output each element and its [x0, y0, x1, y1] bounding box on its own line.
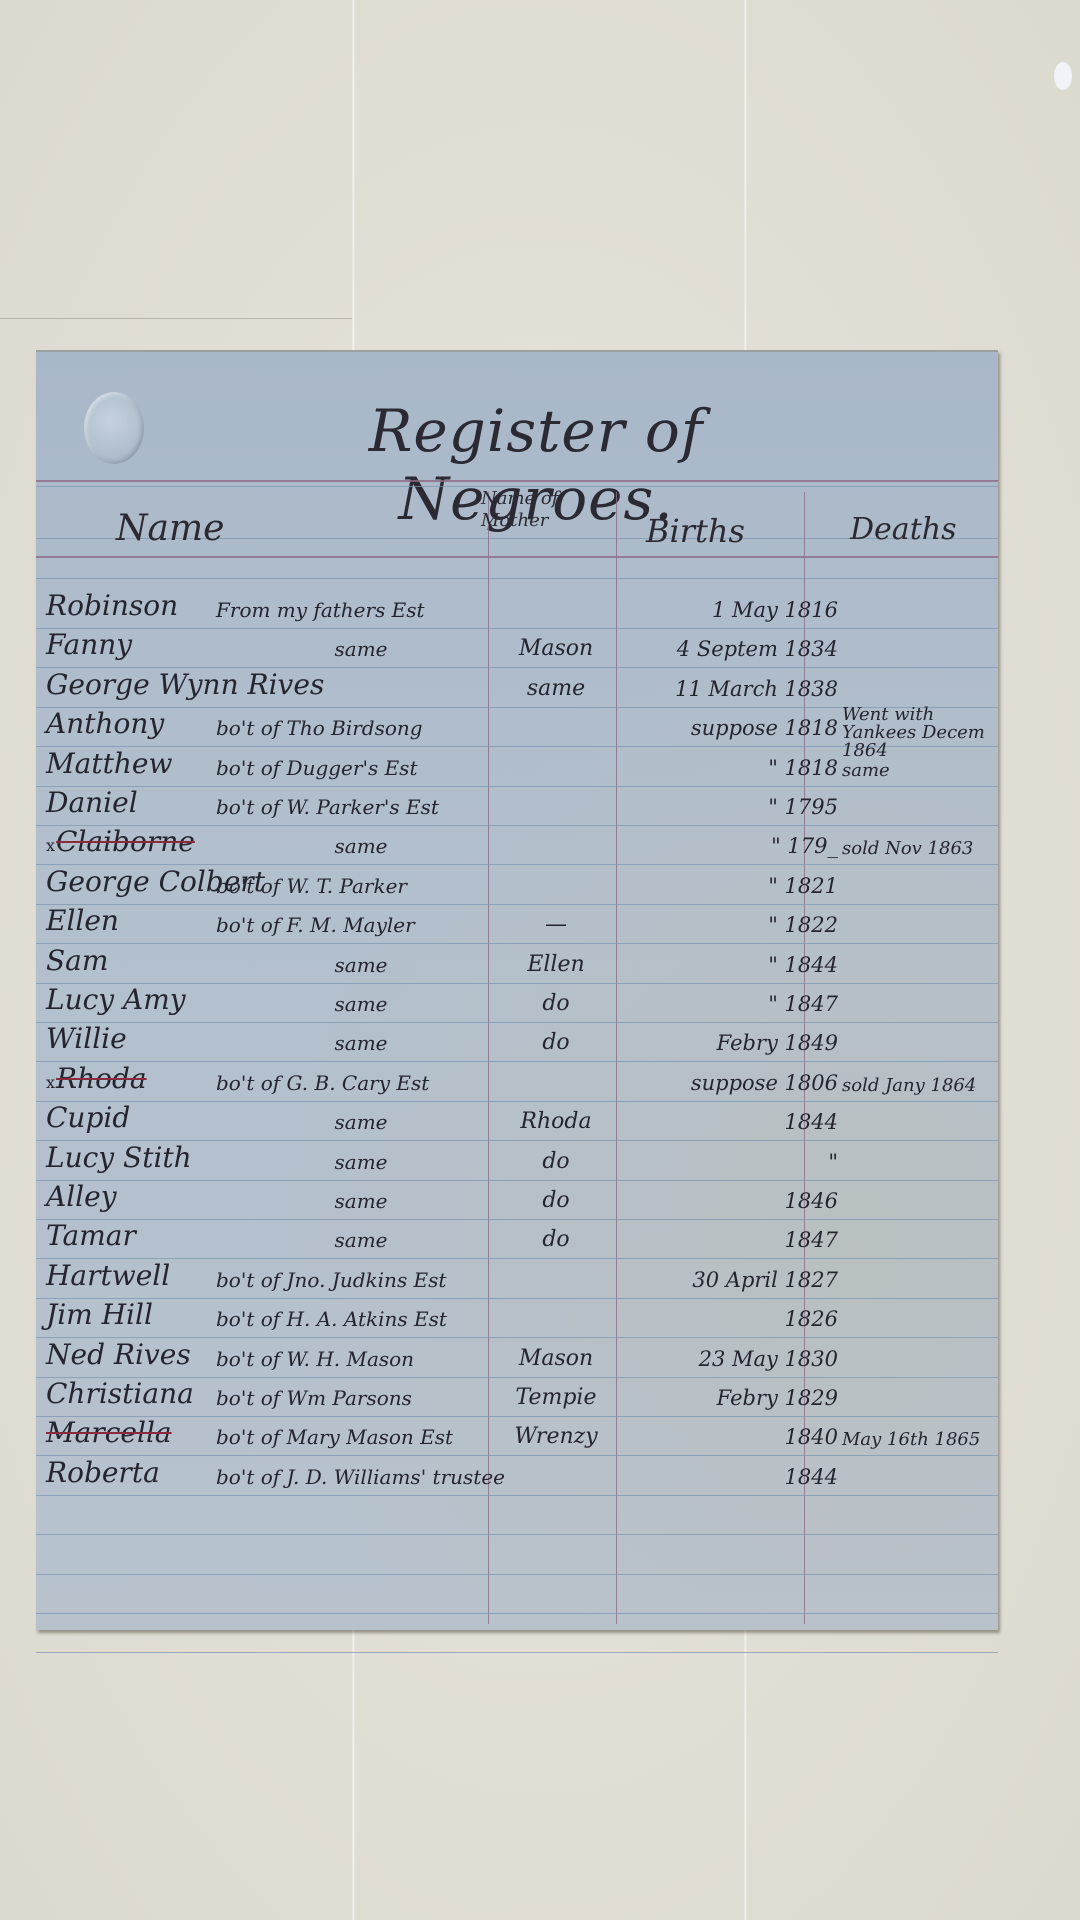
cell-birth: suppose 1818 — [616, 716, 838, 740]
cell-birth: 1844 — [616, 1110, 838, 1134]
cell-birth: 23 May 1830 — [616, 1347, 838, 1371]
cell-mother: Rhoda — [496, 1109, 616, 1134]
cell-mother: Mason — [496, 636, 616, 661]
name-text: Marcella — [46, 1416, 172, 1449]
cell-name: Jim Hill — [46, 1298, 153, 1331]
cell-birth: 1844 — [616, 1465, 838, 1489]
name-text: Daniel — [46, 786, 138, 819]
cell-death: same — [842, 762, 992, 780]
cell-name: Robinson — [46, 589, 178, 622]
cell-death: sold Jany 1864 — [842, 1077, 992, 1095]
cell-name: Marcella — [46, 1416, 172, 1449]
cell-mother: do — [496, 1030, 616, 1055]
cell-birth: 4 Septem 1834 — [616, 637, 838, 661]
cell-name: Lucy Stith — [46, 1141, 192, 1174]
cell-name: Christiana — [46, 1377, 194, 1410]
cell-birth: 1840 — [616, 1425, 838, 1449]
table-row: SamsameEllen" 1844 — [36, 943, 998, 983]
cell-acquired-from: same — [276, 1189, 446, 1213]
table-row: RobinsonFrom my fathers Est1 May 1816 — [36, 588, 998, 628]
cell-birth: " 1818 — [616, 756, 838, 780]
cell-name: Anthony — [46, 707, 164, 740]
table-row: Jim Hillbo't of H. A. Atkins Est1826 — [36, 1297, 998, 1337]
header-top-rule — [36, 480, 998, 482]
cell-birth: 1847 — [616, 1228, 838, 1252]
cell-acquired-from: bo't of Tho Birdsong — [216, 716, 506, 740]
cell-acquired-from: same — [276, 1150, 446, 1174]
name-text: Cupid — [46, 1101, 130, 1134]
header-bottom-rule — [36, 556, 998, 558]
cell-birth: Febry 1849 — [616, 1031, 838, 1055]
table-row: Ned Rivesbo't of W. H. MasonMason23 May … — [36, 1337, 998, 1377]
table-row: xRhodabo't of G. B. Cary Estsuppose 1806… — [36, 1061, 998, 1101]
name-text: Willie — [46, 1022, 127, 1055]
cell-acquired-from: same — [276, 1228, 446, 1252]
cell-acquired-from: bo't of W. Parker's Est — [216, 795, 506, 819]
column-header-mother: Name of Mother — [481, 488, 611, 532]
cell-birth: " — [616, 1150, 838, 1174]
name-text: Lucy Amy — [46, 983, 186, 1016]
name-text: Anthony — [46, 707, 164, 740]
cell-name: xClaiborne — [46, 825, 195, 858]
table-row: FannysameMason4 Septem 1834 — [36, 627, 998, 667]
ruled-line — [36, 1613, 998, 1614]
table-row: Hartwellbo't of Jno. Judkins Est30 April… — [36, 1258, 998, 1298]
cell-mother: Wrenzy — [496, 1424, 616, 1449]
cell-birth: 11 March 1838 — [616, 677, 838, 701]
name-text: Ellen — [46, 904, 119, 937]
cell-acquired-from: bo't of J. D. Williams' trustee — [216, 1465, 506, 1489]
cell-acquired-from: bo't of W. T. Parker — [216, 874, 506, 898]
name-text: Jim Hill — [46, 1298, 153, 1331]
x-mark: x — [46, 836, 55, 855]
column-header-births: Births — [646, 512, 745, 550]
table-row: WilliesamedoFebry 1849 — [36, 1021, 998, 1061]
cell-name: Alley — [46, 1180, 117, 1213]
cell-birth: 1826 — [616, 1307, 838, 1331]
cell-name: Matthew — [46, 747, 172, 780]
cell-birth: " 1847 — [616, 992, 838, 1016]
cell-name: Lucy Amy — [46, 983, 186, 1016]
name-text: Sam — [46, 944, 108, 977]
cell-mother: — — [496, 912, 616, 937]
cell-name: Daniel — [46, 786, 138, 819]
name-text: Fanny — [46, 628, 132, 661]
header-rule — [36, 486, 998, 487]
table-row: Matthewbo't of Dugger's Est" 1818same — [36, 746, 998, 786]
cell-mother: do — [496, 991, 616, 1016]
cell-birth: " 1795 — [616, 795, 838, 819]
cell-acquired-from: bo't of F. M. Mayler — [216, 913, 506, 937]
cell-death: May 16th 1865 — [842, 1431, 992, 1449]
table-row: CupidsameRhoda1844 — [36, 1100, 998, 1140]
name-text: Ned Rives — [46, 1338, 191, 1371]
ruled-line — [36, 1495, 998, 1496]
embossed-seal — [84, 392, 144, 464]
wall-seam — [0, 318, 352, 319]
header-rule — [36, 578, 998, 579]
cell-mother: Ellen — [496, 952, 616, 977]
cell-birth: " 1822 — [616, 913, 838, 937]
ruled-line — [36, 1652, 998, 1653]
cell-birth: Febry 1829 — [616, 1386, 838, 1410]
cell-name: Roberta — [46, 1456, 160, 1489]
cell-birth: suppose 1806 — [616, 1071, 838, 1095]
cell-acquired-from: From my fathers Est — [216, 598, 506, 622]
table-row: Lucy Stithsamedo" — [36, 1140, 998, 1180]
cell-acquired-from: bo't of W. H. Mason — [216, 1347, 506, 1371]
cell-birth: 1846 — [616, 1189, 838, 1213]
cell-name: Willie — [46, 1022, 127, 1055]
x-mark: x — [46, 1073, 55, 1092]
name-text: Rhoda — [56, 1062, 147, 1095]
column-header-name: Name — [116, 508, 224, 549]
cell-acquired-from: bo't of G. B. Cary Est — [216, 1071, 506, 1095]
cell-birth: 30 April 1827 — [616, 1268, 838, 1292]
table-row: George Colbertbo't of W. T. Parker" 1821 — [36, 864, 998, 904]
cell-name: George Wynn Rives — [46, 668, 324, 701]
cell-name: Fanny — [46, 628, 132, 661]
table-row: Marcellabo't of Mary Mason EstWrenzy1840… — [36, 1415, 998, 1455]
name-text: Matthew — [46, 747, 172, 780]
cell-name: Sam — [46, 944, 108, 977]
cell-acquired-from: bo't of Wm Parsons — [216, 1386, 506, 1410]
cell-acquired-from: bo't of Mary Mason Est — [216, 1425, 506, 1449]
name-text: Christiana — [46, 1377, 194, 1410]
cell-acquired-from: same — [276, 992, 446, 1016]
cell-acquired-from: same — [276, 1031, 446, 1055]
table-row: Ellenbo't of F. M. Mayler—" 1822 — [36, 903, 998, 943]
cell-acquired-from: same — [276, 834, 446, 858]
column-header-deaths: Deaths — [850, 512, 956, 547]
table-row: Robertabo't of J. D. Williams' trustee18… — [36, 1455, 998, 1495]
register-sheet: Register of Negroes. Name Name of Mother… — [36, 350, 998, 1630]
table-row: Danielbo't of W. Parker's Est" 1795 — [36, 785, 998, 825]
name-text: Tamar — [46, 1219, 136, 1252]
cell-mother: do — [496, 1149, 616, 1174]
cell-mother: do — [496, 1227, 616, 1252]
table-row: Lucy Amysamedo" 1847 — [36, 982, 998, 1022]
cell-name: Cupid — [46, 1101, 130, 1134]
cell-birth: " 179_ — [616, 834, 838, 858]
cell-name: Ellen — [46, 904, 119, 937]
cell-acquired-from: bo't of Dugger's Est — [216, 756, 506, 780]
cell-name: xRhoda — [46, 1062, 147, 1095]
cell-acquired-from: same — [276, 953, 446, 977]
cell-name: Hartwell — [46, 1259, 170, 1292]
cell-mother: same — [496, 676, 616, 701]
wall-spot — [1054, 62, 1072, 90]
cell-acquired-from: same — [276, 637, 446, 661]
name-text: Roberta — [46, 1456, 160, 1489]
cell-birth: " 1844 — [616, 953, 838, 977]
table-row: Alleysamedo1846 — [36, 1179, 998, 1219]
name-text: Lucy Stith — [46, 1141, 192, 1174]
table-row: Christianabo't of Wm ParsonsTempieFebry … — [36, 1376, 998, 1416]
cell-acquired-from: same — [276, 1110, 446, 1134]
table-row: George Wynn Rivessame11 March 1838 — [36, 667, 998, 707]
cell-acquired-from: bo't of H. A. Atkins Est — [216, 1307, 506, 1331]
name-text: Alley — [46, 1180, 117, 1213]
cell-birth: " 1821 — [616, 874, 838, 898]
cell-mother: do — [496, 1188, 616, 1213]
cell-mother: Tempie — [496, 1385, 616, 1410]
ruled-line — [36, 1534, 998, 1535]
name-text: George Wynn Rives — [46, 668, 324, 701]
table-row: xClaibornesame" 179_sold Nov 1863 — [36, 824, 998, 864]
cell-acquired-from: bo't of Jno. Judkins Est — [216, 1268, 506, 1292]
name-text: Claiborne — [56, 825, 195, 858]
table-row: Tamarsamedo1847 — [36, 1218, 998, 1258]
name-text: Robinson — [46, 589, 178, 622]
cell-name: Tamar — [46, 1219, 136, 1252]
cell-death: sold Nov 1863 — [842, 840, 992, 858]
table-row: Anthonybo't of Tho Birdsongsuppose 1818W… — [36, 706, 998, 746]
ruled-line — [36, 1574, 998, 1575]
cell-birth: 1 May 1816 — [616, 598, 838, 622]
cell-mother: Mason — [496, 1346, 616, 1371]
cell-name: Ned Rives — [46, 1338, 191, 1371]
name-text: Hartwell — [46, 1259, 170, 1292]
